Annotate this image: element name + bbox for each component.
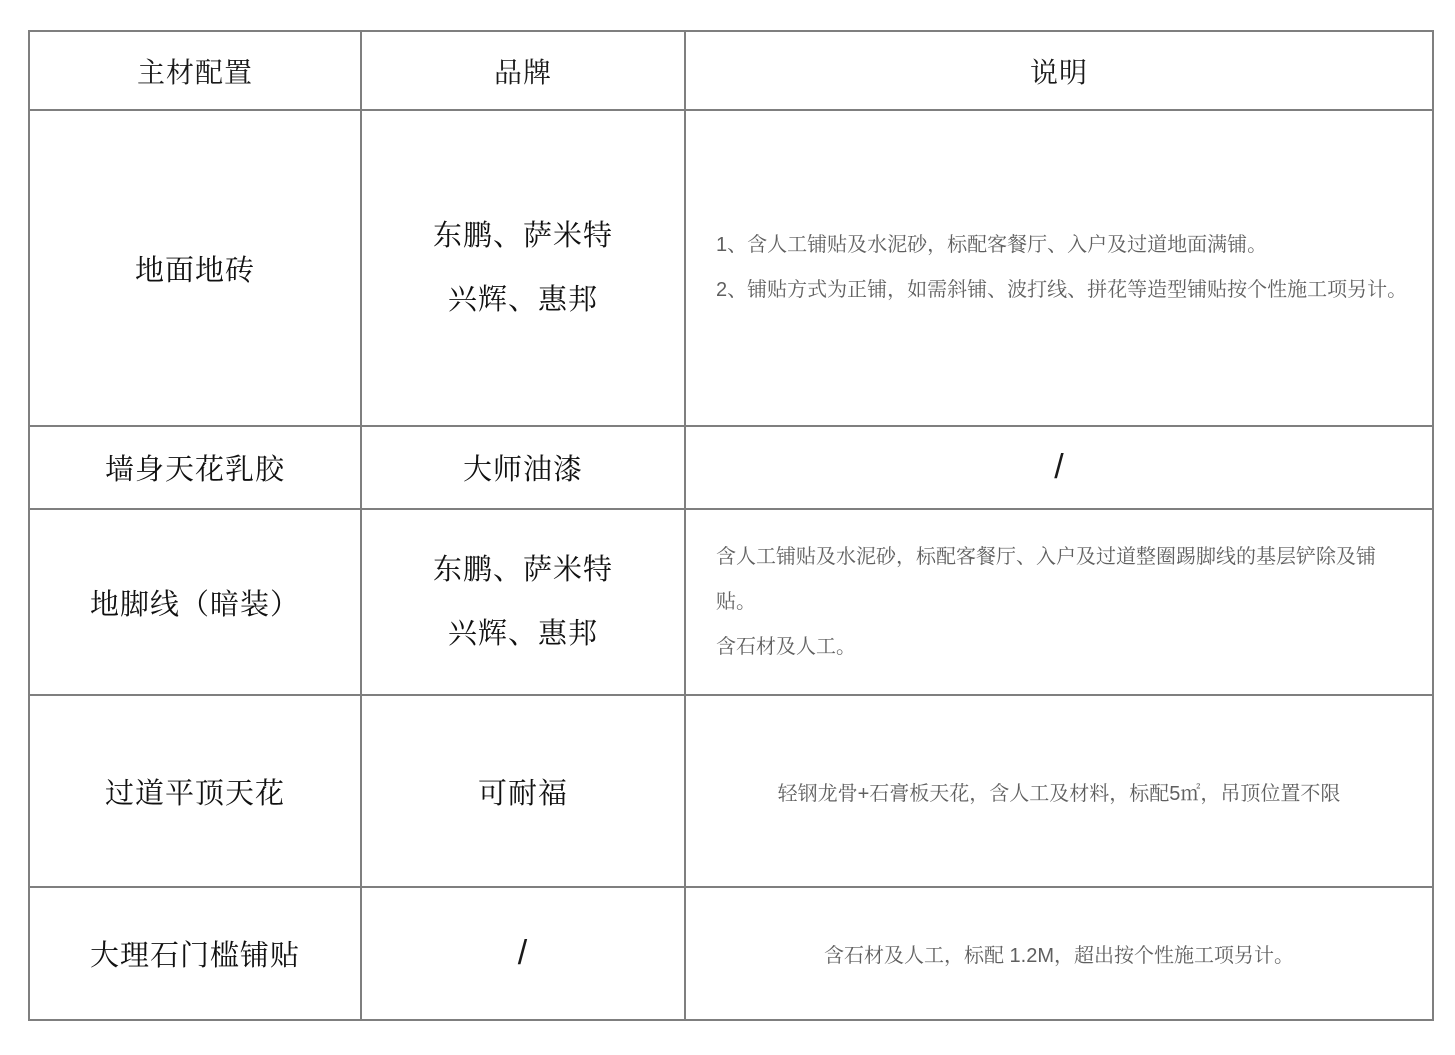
description-cell: 轻钢龙骨+石膏板天花，含人工及材料，标配5㎡，吊顶位置不限 [685, 695, 1433, 887]
material-cell: 大理石门槛铺贴 [29, 887, 361, 1020]
material-cell: 地脚线（暗装） [29, 509, 361, 695]
col-header-material: 主材配置 [29, 31, 361, 110]
slash-placeholder: / [518, 934, 528, 972]
table-row-floor-tile: 地面地砖 东鹏、萨米特 兴辉、惠邦 1、含人工铺贴及水泥砂，标配客餐厅、入户及过… [29, 110, 1433, 426]
brand-line: 东鹏、萨米特 [362, 204, 684, 268]
header-row: 主材配置 品牌 说明 [29, 31, 1433, 110]
brand-cell: 东鹏、萨米特 兴辉、惠邦 [361, 110, 685, 426]
brand-line: 兴辉、惠邦 [362, 602, 684, 666]
brand-cell: 大师油漆 [361, 426, 685, 509]
brand-cell: 东鹏、萨米特 兴辉、惠邦 [361, 509, 685, 695]
col-header-description: 说明 [685, 31, 1433, 110]
material-cell: 地面地砖 [29, 110, 361, 426]
description-cell: 1、含人工铺贴及水泥砂，标配客餐厅、入户及过道地面满铺。 2、铺贴方式为正铺，如… [685, 110, 1433, 426]
materials-table: 主材配置 品牌 说明 地面地砖 东鹏、萨米特 兴辉、惠邦 1、含人工铺贴及水泥砂… [28, 30, 1434, 1021]
table-row-corridor-ceiling: 过道平顶天花 可耐福 轻钢龙骨+石膏板天花，含人工及材料，标配5㎡，吊顶位置不限 [29, 695, 1433, 887]
brand-line: 兴辉、惠邦 [362, 268, 684, 332]
description-line: 含人工铺贴及水泥砂，标配客餐厅、入户及过道整圈踢脚线的基层铲除及铺贴。 [716, 535, 1412, 625]
material-cell: 墙身天花乳胶 [29, 426, 361, 509]
brand-cell: 可耐福 [361, 695, 685, 887]
description-cell: 含石材及人工，标配 1.2M，超出按个性施工项另计。 [685, 887, 1433, 1020]
material-cell: 过道平顶天花 [29, 695, 361, 887]
description-line: 1、含人工铺贴及水泥砂，标配客餐厅、入户及过道地面满铺。 [716, 223, 1412, 268]
description-line: 2、铺贴方式为正铺，如需斜铺、波打线、拼花等造型铺贴按个性施工项另计。 [716, 268, 1412, 313]
slash-placeholder: / [1054, 448, 1063, 486]
col-header-brand: 品牌 [361, 31, 685, 110]
description-cell: / [685, 426, 1433, 509]
table-row-wall-ceiling-latex: 墙身天花乳胶 大师油漆 / [29, 426, 1433, 509]
brand-line: 东鹏、萨米特 [362, 538, 684, 602]
description-cell: 含人工铺贴及水泥砂，标配客餐厅、入户及过道整圈踢脚线的基层铲除及铺贴。 含石材及… [685, 509, 1433, 695]
page: 主材配置 品牌 说明 地面地砖 东鹏、萨米特 兴辉、惠邦 1、含人工铺贴及水泥砂… [0, 0, 1455, 1055]
brand-cell: / [361, 887, 685, 1020]
description-line: 含石材及人工。 [716, 625, 1412, 670]
table-row-skirting: 地脚线（暗装） 东鹏、萨米特 兴辉、惠邦 含人工铺贴及水泥砂，标配客餐厅、入户及… [29, 509, 1433, 695]
table-row-marble-threshold: 大理石门槛铺贴 / 含石材及人工，标配 1.2M，超出按个性施工项另计。 [29, 887, 1433, 1020]
